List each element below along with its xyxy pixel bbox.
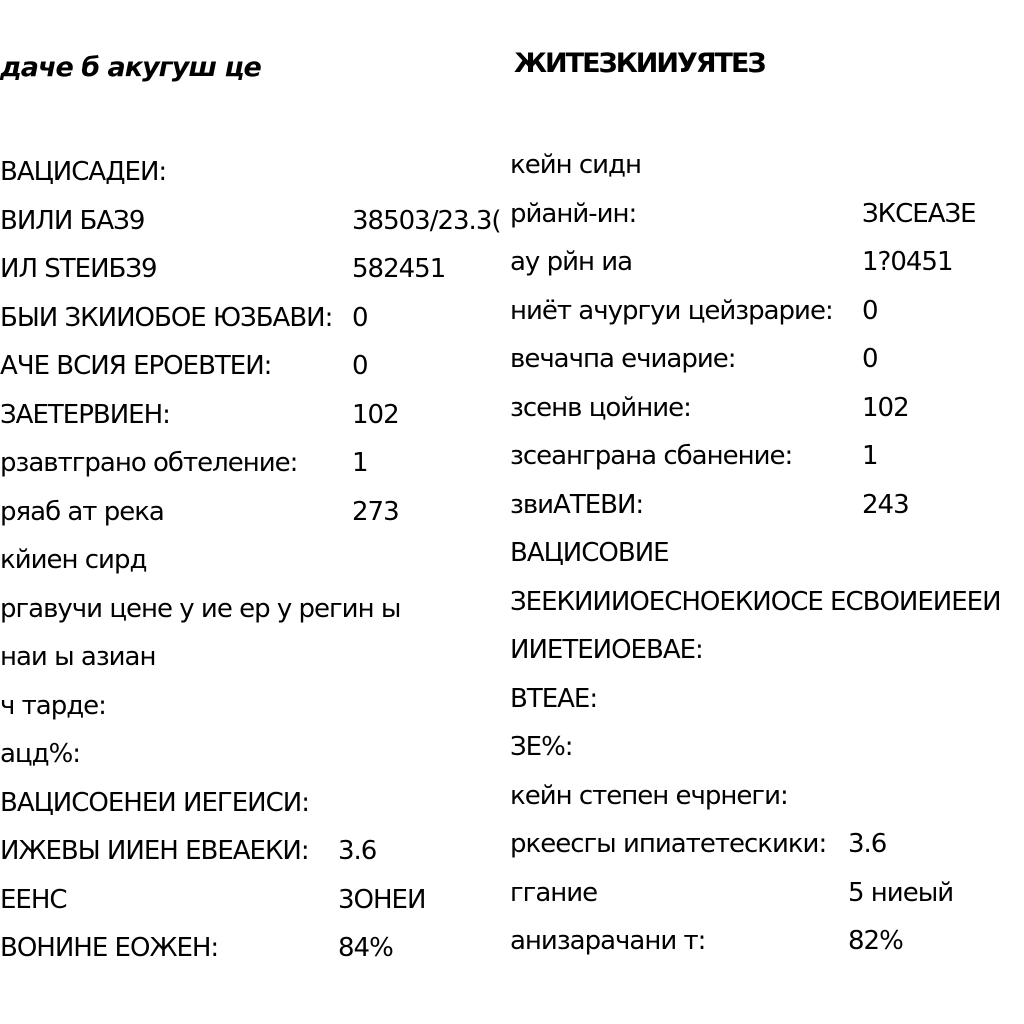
- row-label: ВАЦИСОЕНЕИ ИЕГЕИСИ:: [0, 783, 309, 823]
- row-value: 3.6: [848, 824, 886, 864]
- row-value: 0: [862, 291, 878, 331]
- row-label: ВТЕАЕ:: [510, 679, 597, 719]
- row-value: 3.6: [338, 831, 376, 871]
- row-value: 0: [862, 339, 878, 379]
- row-label: рйанй-ин:: [510, 194, 636, 234]
- row-value: 38503/23.3(: [352, 201, 501, 241]
- row-value: 3ОНЕИ: [338, 880, 425, 920]
- left-title: даче б акугуш це: [0, 52, 261, 83]
- row-label: кейн сидн: [510, 145, 641, 185]
- row-label: вечачпа ечиарие:: [510, 339, 736, 379]
- row-label: ВОНИНЕ ЕОЖЕН:: [0, 928, 218, 968]
- row-value: 82%: [848, 921, 903, 961]
- row-label: ЗЕЕКИИИОЕСНОЕКИОСЕ ЕСВОИЕИЕЕИ: [510, 582, 1001, 622]
- row-label: зсенв цойние:: [510, 388, 691, 428]
- row-value: 1?0451: [862, 242, 953, 282]
- row-label: ВИЛИ БАЗ9: [0, 201, 144, 241]
- row-label: ВАЦИСАДЕИ:: [0, 152, 166, 192]
- row-value: ЗКСЕАЗЕ: [862, 194, 976, 234]
- row-label: БЫИ ЗКИИОБОЕ ЮЗБАВИ:: [0, 298, 332, 338]
- row-value: 0: [352, 346, 368, 386]
- row-label: кейн степен ечрнеги:: [510, 776, 788, 816]
- row-label: рзавтграно обтеление:: [0, 443, 297, 483]
- row-label: анизарачани т:: [510, 921, 705, 961]
- row-value: 5 ниеый: [848, 873, 953, 913]
- row-label: ИИЕТЕИОЕВАЕ:: [510, 630, 703, 670]
- row-label: ркеесгы ипиатетескики:: [510, 824, 826, 864]
- row-label: ау рйн иа: [510, 242, 632, 282]
- row-label: ряаб ат река: [0, 492, 164, 532]
- row-label: ниёт ачургуи цейзрарие:: [510, 291, 833, 331]
- row-value: 1: [352, 443, 368, 483]
- row-value: 84%: [338, 928, 393, 968]
- row-value: 582451: [352, 249, 445, 289]
- row-label: ЗАЕТЕРВИЕН:: [0, 395, 170, 435]
- row-value: 273: [352, 492, 399, 532]
- row-label: ггание: [510, 873, 597, 913]
- row-label: зсеанграна сбанение:: [510, 436, 792, 476]
- row-value: 1: [862, 436, 878, 476]
- row-label: ИЖЕВЫ ИИЕН ЕВЕАЕКИ:: [0, 831, 309, 871]
- row-label: ИЛ SТЕИБЗ9: [0, 249, 157, 289]
- row-label: ЗЕ%:: [510, 727, 573, 767]
- row-value: 0: [352, 298, 368, 338]
- row-value: 102: [352, 395, 399, 435]
- row-value: 243: [862, 485, 909, 525]
- right-title: ЖИТЕЗКИИУЯТЕЗ: [514, 48, 765, 79]
- row-label: ЕЕНС: [0, 880, 67, 920]
- row-label: ВАЦИСОВИЕ: [510, 533, 669, 573]
- row-label: кйиен сирд: [0, 540, 146, 580]
- row-label: АЧЕ ВСИЯ ЕРОЕВТЕИ:: [0, 346, 271, 386]
- row-label: ч тарде:: [0, 686, 106, 726]
- row-label: ргавучи цене у ие ер у регин ы: [0, 589, 400, 629]
- row-label: ацд%:: [0, 734, 80, 774]
- row-label: звиАТЕВИ:: [510, 485, 643, 525]
- row-value: 102: [862, 388, 909, 428]
- row-label: наи ы азиан: [0, 637, 155, 677]
